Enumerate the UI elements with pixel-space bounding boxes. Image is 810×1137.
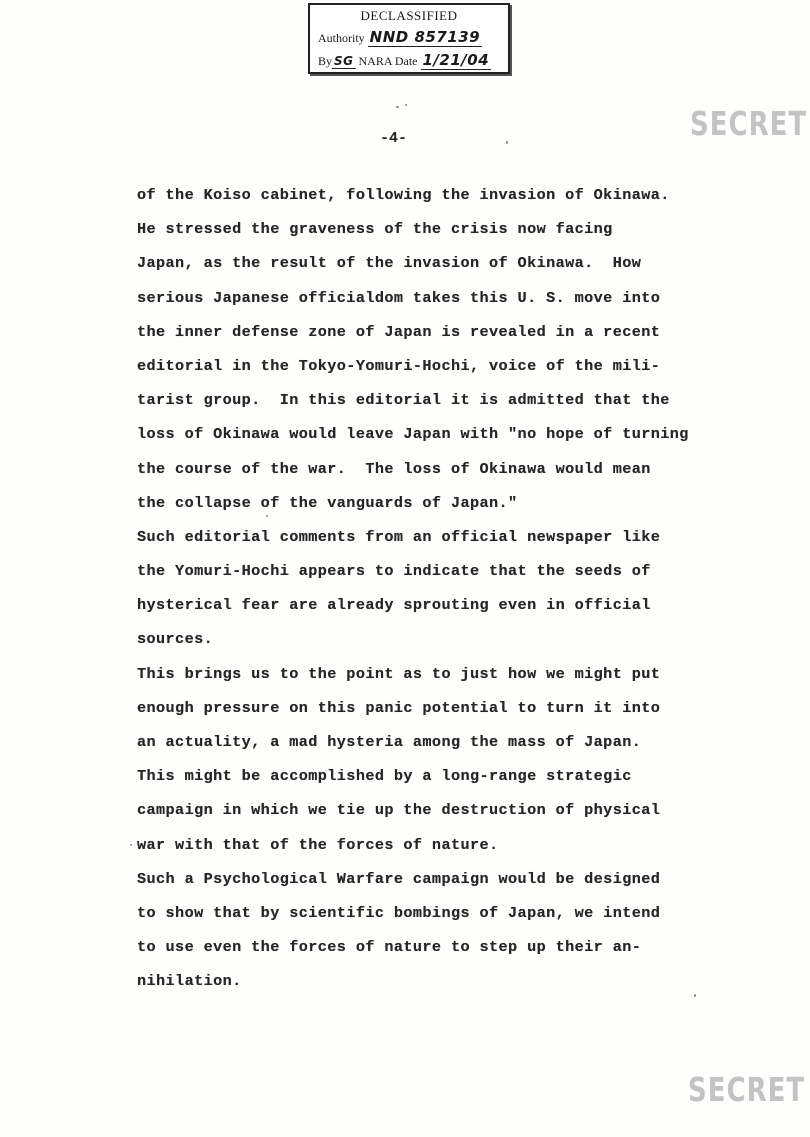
text-line: Japan, as the result of the invasion of …: [137, 250, 689, 284]
text-line: This brings us to the point as to just h…: [137, 661, 689, 695]
text-line: tarist group. In this editorial it is ad…: [137, 387, 689, 421]
page-number: -4-: [380, 130, 407, 147]
text-line: This might be accomplished by a long-ran…: [137, 763, 689, 797]
authority-value: NND 857139: [368, 28, 482, 47]
speck-mark: [694, 994, 696, 997]
text-line: enough pressure on this panic potential …: [137, 695, 689, 729]
speck-mark: [405, 104, 407, 106]
text-line: war with that of the forces of nature.: [137, 832, 689, 866]
stamp-by-row: BySG NARA Date 1/21/04: [318, 51, 491, 69]
speck-mark: [506, 141, 508, 144]
text-line: an actuality, a mad hysteria among the m…: [137, 729, 689, 763]
text-line: to show that by scientific bombings of J…: [137, 900, 689, 934]
text-line: Such editorial comments from an official…: [137, 524, 689, 558]
text-line: of the Koiso cabinet, following the inva…: [137, 182, 689, 216]
text-line: serious Japanese officialdom takes this …: [137, 285, 689, 319]
speck-mark: [266, 515, 268, 517]
speck-mark: [396, 106, 399, 108]
document-page: DECLASSIFIED Authority NND 857139 BySG N…: [0, 0, 810, 1137]
text-line: the course of the war. The loss of Okina…: [137, 456, 689, 490]
speck-mark: [130, 844, 132, 846]
text-line: the inner defense zone of Japan is revea…: [137, 319, 689, 353]
text-line: sources.: [137, 626, 689, 660]
nara-date-value: 1/21/04: [421, 51, 492, 70]
by-value: SG: [332, 54, 356, 69]
nara-date-label: NARA Date: [359, 54, 418, 68]
stamp-authority-row: Authority NND 857139: [318, 28, 482, 46]
text-line: to use even the forces of nature to step…: [137, 934, 689, 968]
text-line: campaign in which we tie up the destruct…: [137, 797, 689, 831]
text-line: the Yomuri-Hochi appears to indicate tha…: [137, 558, 689, 592]
authority-label: Authority: [318, 31, 365, 45]
secret-stamp-bottom: SECRET: [688, 1072, 805, 1110]
text-line: Such a Psychological Warfare campaign wo…: [137, 866, 689, 900]
text-line: loss of Okinawa would leave Japan with "…: [137, 421, 689, 455]
text-line: the collapse of the vanguards of Japan.": [137, 490, 689, 524]
text-line: He stressed the graveness of the crisis …: [137, 216, 689, 250]
text-line: nihilation.: [137, 968, 689, 1002]
declassified-stamp: DECLASSIFIED Authority NND 857139 BySG N…: [308, 3, 510, 74]
secret-stamp-top: SECRET: [690, 106, 807, 144]
text-line: hysterical fear are already sprouting ev…: [137, 592, 689, 626]
text-line: editorial in the Tokyo-Yomuri-Hochi, voi…: [137, 353, 689, 387]
body-text: of the Koiso cabinet, following the inva…: [137, 182, 689, 1003]
stamp-title: DECLASSIFIED: [310, 8, 508, 24]
by-label: By: [318, 54, 332, 68]
